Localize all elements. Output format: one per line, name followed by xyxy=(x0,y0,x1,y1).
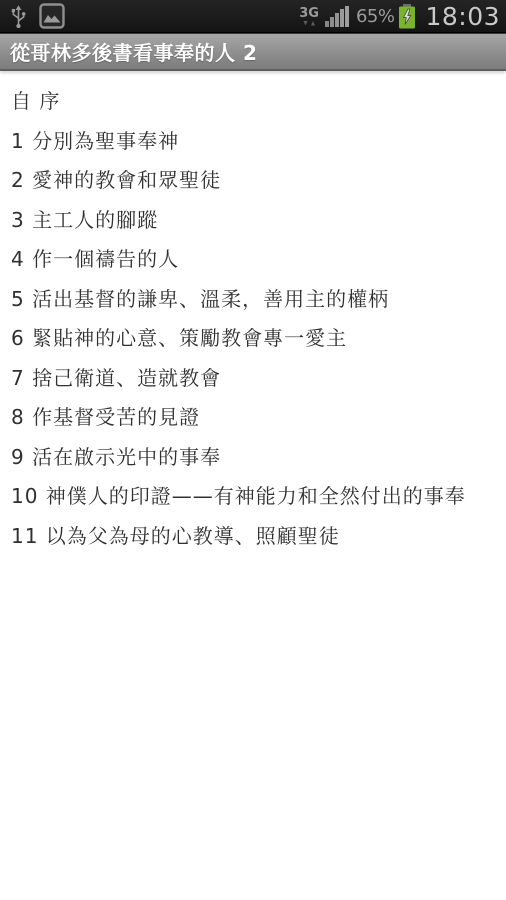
toc-item-5[interactable]: 5 活出基督的謙卑、溫柔，善用主的權柄 xyxy=(0,278,506,318)
usb-icon xyxy=(9,4,28,29)
title-bar: 從哥林多後書看事奉的人 2 xyxy=(0,33,506,71)
toc-item-6[interactable]: 6 緊貼神的心意、策勵教會專一愛主 xyxy=(0,317,506,357)
toc-item-9[interactable]: 9 活在啟示光中的事奉 xyxy=(0,436,506,476)
app-screen: 3G 65% xyxy=(0,0,506,900)
page-title: 從哥林多後書看事奉的人 2 xyxy=(10,37,257,66)
toc-item-11[interactable]: 11 以為父為母的心教導、照顧聖徒 xyxy=(0,515,506,555)
toc-item-preface[interactable]: 自 序 xyxy=(0,80,506,120)
toc-list: 自 序 1 分別為聖事奉神 2 愛神的教會和眾聖徒 3 主工人的腳蹤 4 作一個… xyxy=(0,71,506,554)
battery-percent-label: 65% xyxy=(356,6,395,27)
toc-item-10[interactable]: 10 神僕人的印證——有神能力和全然付出的事奉 xyxy=(0,475,506,515)
toc-item-2[interactable]: 2 愛神的教會和眾聖徒 xyxy=(0,159,506,199)
toc-item-4[interactable]: 4 作一個禱告的人 xyxy=(0,238,506,278)
toc-item-7[interactable]: 7 捨己衛道、造就教會 xyxy=(0,357,506,397)
toc-item-8[interactable]: 8 作基督受苦的見證 xyxy=(0,396,506,436)
battery-charging-icon xyxy=(398,4,416,29)
status-bar-right: 3G 65% xyxy=(299,0,500,32)
gallery-icon xyxy=(39,3,65,29)
toc-item-1[interactable]: 1 分別為聖事奉神 xyxy=(0,120,506,160)
clock-label: 18:03 xyxy=(425,2,500,31)
network-label: 3G xyxy=(299,7,319,20)
data-activity-icon xyxy=(303,21,316,26)
status-bar-left xyxy=(9,0,65,32)
toc-item-3[interactable]: 3 主工人的腳蹤 xyxy=(0,199,506,239)
status-bar: 3G 65% xyxy=(0,0,506,33)
signal-strength-icon xyxy=(325,6,352,27)
network-type-indicator: 3G xyxy=(299,7,319,26)
